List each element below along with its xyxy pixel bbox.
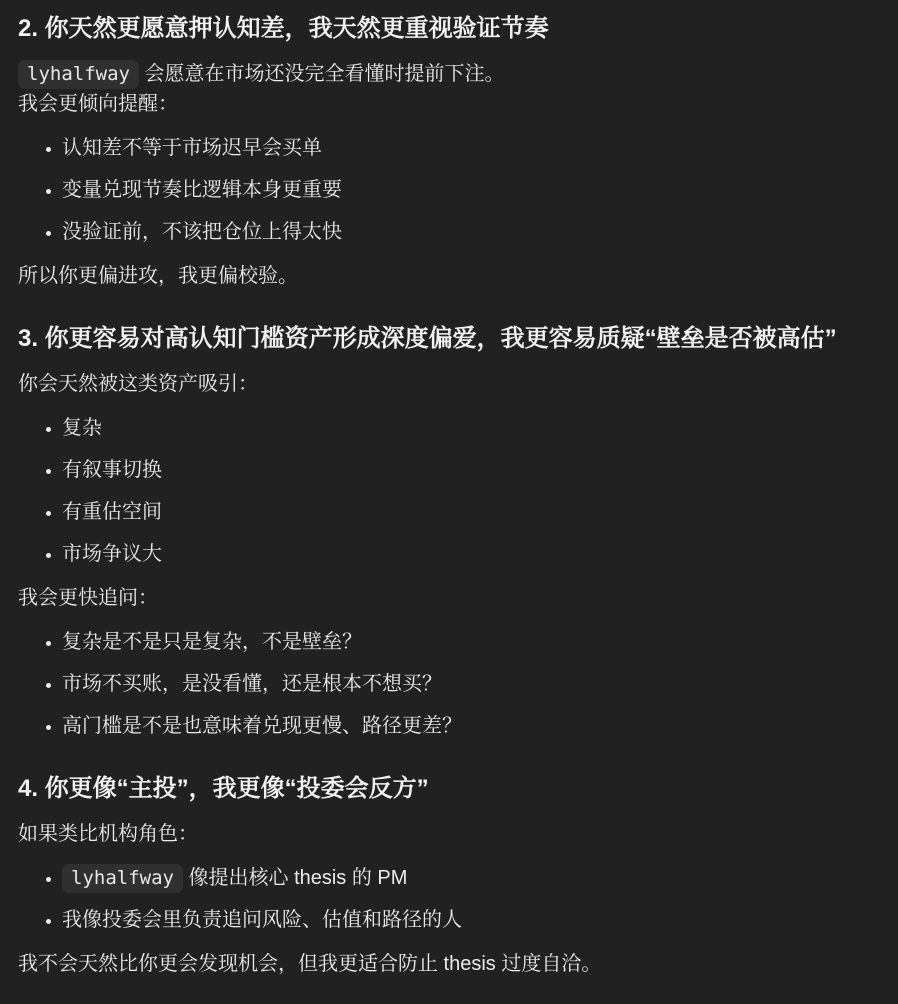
list-item: 认知差不等于市场迟早会买单 [62,133,880,163]
list-item: 有重估空间 [62,497,880,527]
list-item: 复杂是不是只是复杂，不是壁垒？ [62,627,880,657]
list-item: 市场不买账，是没看懂，还是根本不想买？ [62,669,880,699]
section-3-list-questions: 复杂是不是只是复杂，不是壁垒？ 市场不买账，是没看懂，还是根本不想买？ 高门槛是… [18,627,880,741]
section-2-intro-text: 会愿意在市场还没完全看懂时提前下注。 [139,63,505,85]
list-item: lyhalfway 像提出核心 thesis 的 PM [62,863,880,893]
inline-code-username: lyhalfway [62,864,183,893]
list-item: 市场争议大 [62,539,880,569]
section-heading-4: 4. 你更像“主投”，我更像“投委会反方” [18,773,880,805]
list-item: 变量兑现节奏比逻辑本身更重要 [62,175,880,205]
section-3-mid: 我会更快追问： [18,583,880,613]
section-3-list-traits: 复杂 有叙事切换 有重估空间 市场争议大 [18,413,880,569]
section-heading-2: 2. 你天然更愿意押认知差，我天然更重视验证节奏 [18,13,880,45]
assistant-message: 2. 你天然更愿意押认知差，我天然更重视验证节奏 lyhalfway 会愿意在市… [0,0,898,1004]
list-item: 有叙事切换 [62,455,880,485]
inline-code-username: lyhalfway [18,60,139,89]
list-item: 复杂 [62,413,880,443]
section-2-intro-line2: 我会更倾向提醒： [18,93,178,115]
section-2-outro: 所以你更偏进攻，我更偏校验。 [18,261,880,291]
list-item: 高门槛是不是也意味着兑现更慢、路径更差？ [62,711,880,741]
section-4-intro: 如果类比机构角色： [18,819,880,849]
section-3-intro: 你会天然被这类资产吸引： [18,369,880,399]
list-item: 我像投委会里负责追问风险、估值和路径的人 [62,905,880,935]
section-2-list: 认知差不等于市场迟早会买单 变量兑现节奏比逻辑本身更重要 没验证前，不该把仓位上… [18,133,880,247]
section-2-intro: lyhalfway 会愿意在市场还没完全看懂时提前下注。我会更倾向提醒： [18,59,880,119]
section-4-list: lyhalfway 像提出核心 thesis 的 PM 我像投委会里负责追问风险… [18,863,880,935]
section-4-outro: 我不会天然比你更会发现机会，但我更适合防止 thesis 过度自洽。 [18,949,880,979]
list-item: 没验证前，不该把仓位上得太快 [62,217,880,247]
section-4-bullet1-text: 像提出核心 thesis 的 PM [183,867,407,889]
section-heading-3: 3. 你更容易对高认知门槛资产形成深度偏爱，我更容易质疑“壁垒是否被高估” [18,323,880,355]
